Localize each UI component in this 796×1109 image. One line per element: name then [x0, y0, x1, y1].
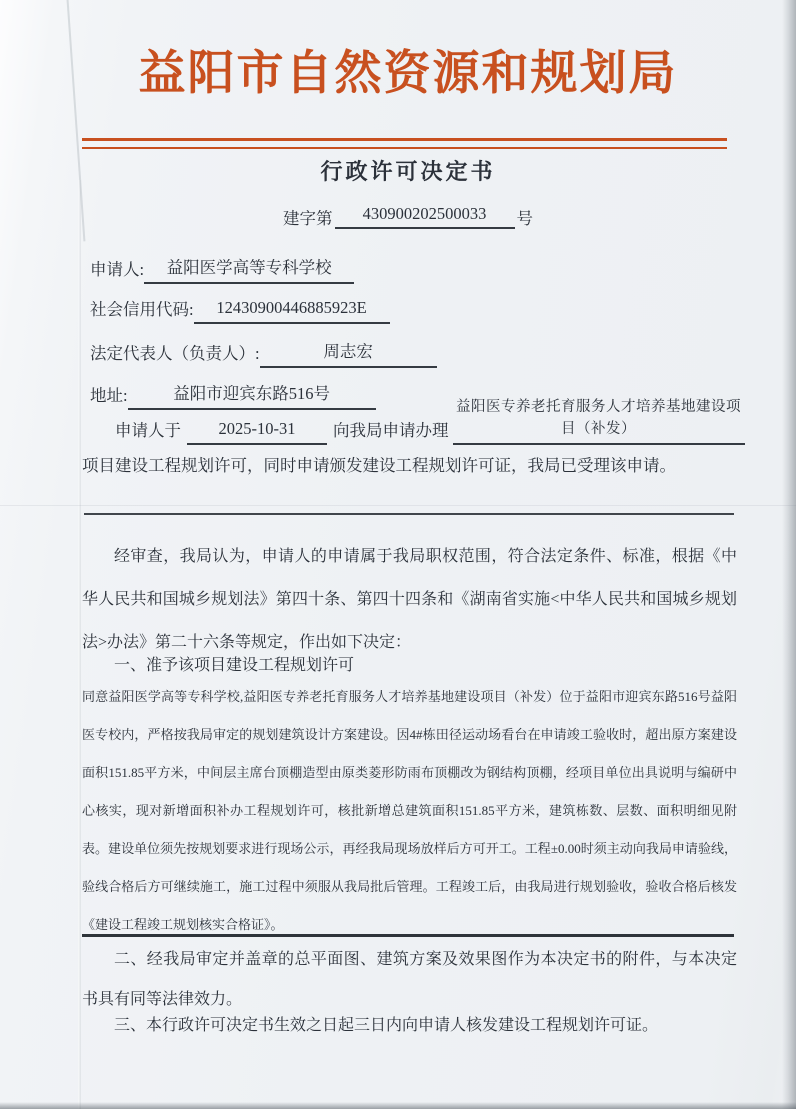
field-label-legal-representative: 法定代表人（负责人）:	[90, 340, 260, 368]
application-prefix: 申请人于	[115, 417, 181, 445]
paper-crease-horizontal	[0, 505, 796, 506]
application-date-underlined: 2025-10-31	[187, 419, 327, 445]
document-title: 行政许可决定书	[82, 155, 734, 186]
doc-number-value: 430900202500033	[335, 204, 515, 229]
form-rule-line	[84, 513, 734, 515]
field-value-legal-representative: 周志宏	[260, 338, 437, 368]
decision-1-detail-paragraph: 同意益阳医学高等专科学校,益阳医专养老托育服务人才培养基地建设项目（补发）位于益…	[82, 678, 737, 944]
field-value-credit-code: 12430900446885923E	[194, 298, 390, 324]
application-middle: 向我局申请办理	[333, 417, 449, 445]
section-divider-line	[82, 934, 734, 937]
doc-number-prefix: 建字第	[283, 205, 333, 229]
decision-3-paragraph: 三、本行政许可决定书生效之日起三日内向申请人核发建设工程规划许可证。	[82, 1006, 737, 1046]
project-name-underlined: 益阳医专养老托育服务人才培养基地建设项目（补发）	[453, 396, 745, 445]
application-continuation: 项目建设工程规划许可，同时申请颁发建设工程规划许可证，我局已受理该申请。	[82, 452, 737, 476]
scan-edge-right-shadow	[782, 0, 796, 1109]
paper-crease-vertical	[78, 180, 81, 1109]
letterhead-double-rule	[82, 138, 727, 149]
field-label-credit-code: 社会信用代码:	[90, 296, 194, 324]
scanned-permit-document: 益阳市自然资源和规划局 行政许可决定书 建字第 430900202500033 …	[0, 0, 796, 1109]
letterhead-rule-thick	[82, 138, 727, 141]
document-number-line: 建字第 430900202500033 号	[82, 204, 734, 229]
field-row-applicant: 申请人: 益阳医学高等专科学校	[90, 254, 354, 284]
application-sentence-row: 申请人于 2025-10-31 向我局申请办理 益阳医专养老托育服务人才培养基地…	[115, 396, 745, 445]
doc-number-suffix: 号	[517, 205, 534, 229]
agency-letterhead: 益阳市自然资源和规划局	[82, 36, 734, 103]
letterhead-rule-thin	[82, 147, 727, 149]
decision-1-heading: 一、准予该项目建设工程规划许可	[82, 652, 737, 675]
field-label-applicant: 申请人:	[90, 256, 144, 284]
field-row-legal-representative: 法定代表人（负责人）: 周志宏	[90, 338, 437, 368]
review-paragraph: 经审查，我局认为，申请人的申请属于我局职权范围，符合法定条件、标准，根据《中华人…	[82, 535, 737, 664]
field-value-applicant: 益阳医学高等专科学校	[144, 254, 354, 284]
scan-edge-bottom-shadow	[0, 1102, 796, 1109]
field-row-credit-code: 社会信用代码: 12430900446885923E	[90, 296, 390, 324]
